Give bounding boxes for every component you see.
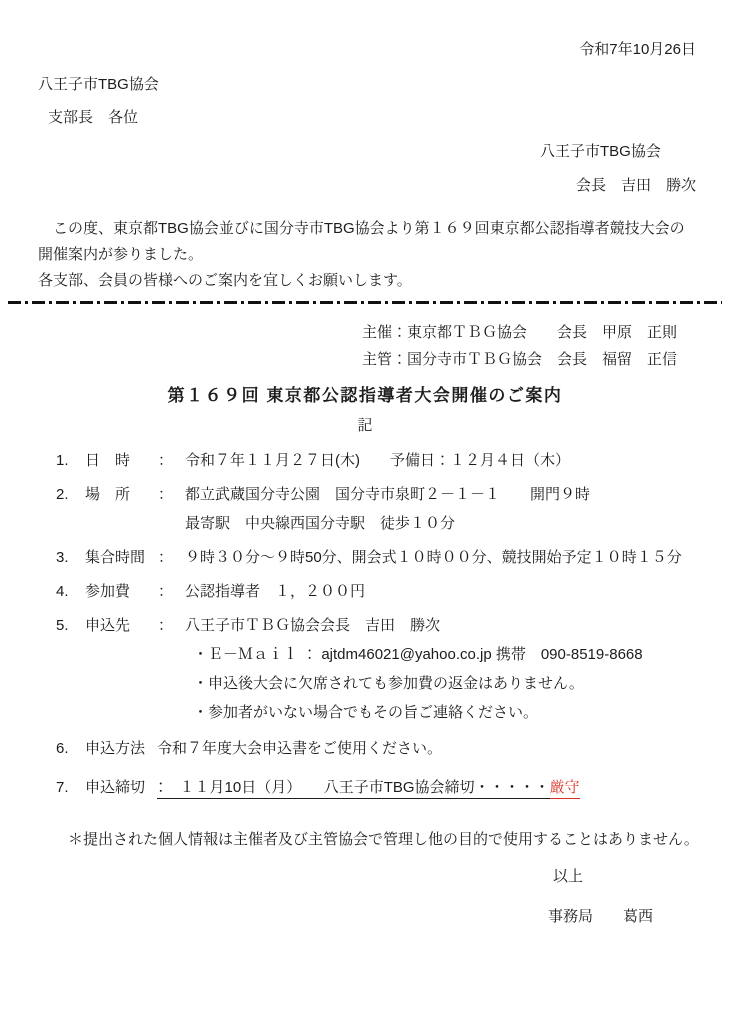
organizer-line: 主催：東京都ＴＢＧ協会 会長 甲原 正則 [362, 319, 730, 346]
closing-ijou: 以上 [553, 865, 730, 886]
item-content: ９時３０分～９時50分、開会式１０時００分、競技開始予定１０時１５分 [185, 547, 730, 568]
no-participant-note: ・参加者がいない場合でもその旨ご連絡ください。 [185, 702, 730, 723]
item-line: 都立武蔵国分寺公園 国分寺市泉町２－１－１ 開門９時 [185, 484, 730, 505]
item-number: 3. [56, 547, 85, 568]
notice-title: 第１６９回 東京都公認指導者大会開催のご案内 [0, 381, 730, 406]
item-line: 令和７年度大会申込書をご使用ください。 [157, 738, 730, 759]
item-number: 1. [56, 450, 85, 471]
issue-date: 令和7年10月26日 [0, 38, 730, 59]
secretariat-line: 事務局 葛西 [548, 905, 730, 926]
agenda-list: 1. 日 時 ： 令和７年１１月２７日(木) 予備日：１２月４日（木） 2. 場… [0, 450, 730, 798]
recipient-org: 八王子市TBG協会 [38, 73, 730, 94]
recipient-salutation: 支部長 各位 [48, 106, 730, 127]
deadline-text: ： １１月10日（月） 八王子市TBG協会締切・・・・・ [157, 779, 550, 799]
agenda-item-meeting-time: 3. 集合時間 ： ９時３０分～９時50分、開会式１０時００分、競技開始予定１０… [0, 547, 730, 568]
item-label: 申込方法 [85, 738, 145, 759]
email-and-phone-line: ・Ｅ－Ｍａｉｌ ： ajtdm46021@yahoo.co.jp 携帯 090-… [185, 644, 730, 665]
item-colon: ： [158, 450, 185, 471]
item-content: 都立武蔵国分寺公園 国分寺市泉町２－１－１ 開門９時 最寄駅 中央線西国分寺駅 … [185, 484, 730, 534]
manager-line: 主管：国分寺市ＴＢＧ協会 会長 福留 正信 [362, 346, 730, 373]
intro-line-1: この度、東京都TBG協会並びに国分寺市TBG協会より第１６９回東京都公認指導者競… [38, 216, 696, 242]
dash-dot-divider [8, 301, 722, 304]
item-number: 6. [56, 738, 85, 759]
item-number: 2. [56, 484, 85, 505]
sender-org: 八王子市TBG協会 [540, 140, 730, 161]
item-label: 参加費 [85, 581, 158, 602]
item-content: 八王子市ＴＢＧ協会会長 吉田 勝次 ・Ｅ－Ｍａｉｌ ： ajtdm46021@y… [185, 615, 730, 723]
item-content: ： １１月10日（月） 八王子市TBG協会締切・・・・・厳守 [157, 777, 730, 798]
intro-line-2: 開催案内が参りました。 [38, 242, 696, 268]
item-colon: ： [158, 547, 185, 568]
item-line: ９時３０分～９時50分、開会式１０時００分、競技開始予定１０時１５分 [185, 547, 730, 568]
item-line: 令和７年１１月２７日(木) 予備日：１２月４日（木） [185, 450, 730, 471]
item-colon: ： [158, 484, 185, 505]
sender-president: 会長 吉田 勝次 [576, 174, 730, 195]
agenda-item-place: 2. 場 所 ： 都立武蔵国分寺公園 国分寺市泉町２－１－１ 開門９時 最寄駅 … [0, 484, 730, 534]
intro-paragraph: この度、東京都TBG協会並びに国分寺市TBG協会より第１６９回東京都公認指導者競… [38, 216, 696, 294]
item-number: 7. [56, 777, 85, 798]
item-content: 令和７年度大会申込書をご使用ください。 [157, 738, 730, 759]
agenda-item-fee: 4. 参加費 ： 公認指導者 １，２００円 [0, 581, 730, 602]
ki-marker: 記 [0, 414, 730, 435]
item-line: 最寄駅 中央線西国分寺駅 徒歩１０分 [185, 513, 730, 534]
document-page: 令和7年10月26日 八王子市TBG協会 支部長 各位 八王子市TBG協会 会長… [0, 0, 730, 1033]
item-colon: ： [158, 615, 185, 636]
item-label: 申込締切 [85, 777, 145, 798]
no-refund-note: ・申込後大会に欠席されても参加費の返金はありません。 [185, 673, 730, 694]
deadline-emphasis: 厳守 [550, 779, 580, 799]
item-line: 八王子市ＴＢＧ協会会長 吉田 勝次 [185, 615, 730, 636]
item-label: 集合時間 [85, 547, 158, 568]
privacy-note: ＊提出された個人情報は主催者及び主管協会で管理し他の目的で使用することはありませ… [68, 829, 702, 851]
item-line: 公認指導者 １，２００円 [185, 581, 730, 602]
item-label: 申込先 [85, 615, 158, 636]
intro-line-3: 各支部、会員の皆様へのご案内を宜しくお願いします。 [38, 268, 696, 294]
item-number: 5. [56, 615, 85, 636]
item-number: 4. [56, 581, 85, 602]
item-label: 日 時 [85, 450, 158, 471]
agenda-item-application-contact: 5. 申込先 ： 八王子市ＴＢＧ協会会長 吉田 勝次 ・Ｅ－Ｍａｉｌ ： ajt… [0, 615, 730, 723]
agenda-item-deadline: 7. 申込締切 ： １１月10日（月） 八王子市TBG協会締切・・・・・厳守 [0, 777, 730, 798]
item-label: 場 所 [85, 484, 158, 505]
deadline-line: ： １１月10日（月） 八王子市TBG協会締切・・・・・厳守 [157, 777, 730, 798]
agenda-item-application-method: 6. 申込方法 令和７年度大会申込書をご使用ください。 [0, 738, 730, 759]
item-content: 令和７年１１月２７日(木) 予備日：１２月４日（木） [185, 450, 730, 471]
agenda-item-date: 1. 日 時 ： 令和７年１１月２７日(木) 予備日：１２月４日（木） [0, 450, 730, 471]
organizer-block: 主催：東京都ＴＢＧ協会 会長 甲原 正則 主管：国分寺市ＴＢＧ協会 会長 福留 … [362, 319, 730, 373]
item-colon: ： [158, 581, 185, 602]
item-content: 公認指導者 １，２００円 [185, 581, 730, 602]
